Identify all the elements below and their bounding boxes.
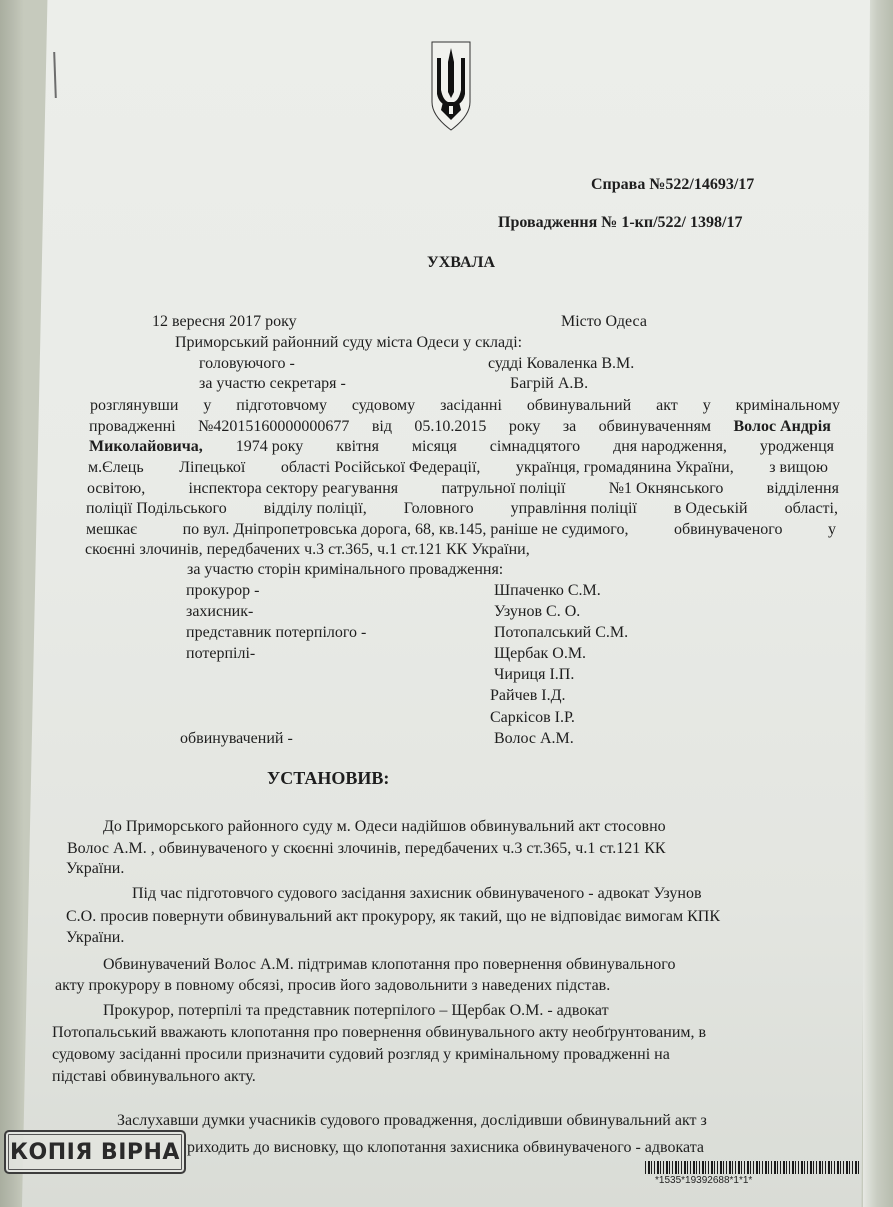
- presiding-label: головуючого -: [199, 355, 295, 373]
- body-line: Під час підготовчого судового засідання …: [132, 885, 702, 903]
- word: сімнадцятого: [490, 438, 580, 456]
- word: підготовчому: [236, 397, 327, 415]
- word: розглянувши: [90, 397, 178, 415]
- party-role: прокурор -: [186, 582, 259, 600]
- word: обвинуваченого: [674, 521, 783, 539]
- word: поліції Подільського: [86, 500, 227, 518]
- body-line: Заслухавши думки учасників судового пров…: [117, 1112, 707, 1130]
- party-name: Волос А.М.: [494, 730, 574, 748]
- word: області Російської Федерації,: [281, 459, 481, 477]
- document-title: УХВАЛА: [427, 254, 495, 272]
- word: в Одеській: [674, 500, 748, 518]
- word: уродженця: [760, 438, 834, 456]
- registry-date: 05.10.2015: [414, 418, 486, 436]
- party-name: Шпаченко С.М.: [494, 582, 601, 600]
- address: по вул. Дніпропетровська дорога, 68, кв.…: [183, 521, 629, 539]
- word: мешкає: [86, 521, 137, 539]
- word: українця, громадянина України,: [516, 459, 734, 477]
- defendant-patronymic: Миколайовича,: [89, 438, 203, 456]
- section-heading: УСТАНОВИВ:: [267, 768, 389, 789]
- intro-line: скоєнні злочинів, передбачених ч.3 ст.36…: [85, 541, 530, 559]
- decision-place: Місто Одеса: [561, 313, 647, 331]
- word: у: [703, 397, 711, 415]
- barcode-icon: [645, 1161, 859, 1174]
- intro-line: провадженні №42015160000000677 від 05.10…: [89, 418, 831, 436]
- word: провадженні: [89, 418, 176, 436]
- body-line: Обвинувачений Волос А.М. підтримав клопо…: [103, 956, 675, 974]
- party-name: Щербак О.М.: [494, 645, 586, 663]
- word: судовому: [352, 397, 415, 415]
- word: з вищою: [769, 459, 828, 477]
- defendant-name: Волос Андрія: [734, 418, 831, 436]
- word: кримінальному: [736, 397, 840, 415]
- case-registry-number: №42015160000000677: [198, 418, 349, 436]
- secretary-label: за участю секретаря -: [199, 375, 346, 393]
- body-line: Прокурор, потерпілі та представник потер…: [103, 1002, 609, 1020]
- party-name: Узунов С. О.: [494, 603, 580, 621]
- body-line: України.: [66, 929, 124, 947]
- court-composition-intro: Приморський районний суду міста Одеси у …: [175, 334, 522, 352]
- secretary-name: Багрій А.В.: [510, 375, 588, 393]
- intro-line: мешкає по вул. Дніпропетровська дорога, …: [86, 521, 836, 539]
- body-line: судовому засіданні просили призначити су…: [52, 1046, 670, 1064]
- barcode-number: *1535*19392688*1*1*: [655, 1175, 752, 1186]
- party-name: Потопалський С.М.: [494, 624, 628, 642]
- word: за: [563, 418, 576, 436]
- word: області,: [785, 500, 838, 518]
- word: засіданні: [440, 397, 502, 415]
- party-role: обвинувачений -: [180, 730, 293, 748]
- intro-line: поліції Подільського відділу поліції, Го…: [86, 500, 838, 518]
- word: місяця: [412, 438, 457, 456]
- word: у: [828, 521, 836, 539]
- word: квітня: [336, 438, 379, 456]
- intro-line: розглянувши у підготовчому судовому засі…: [90, 397, 840, 415]
- body-line: підставі обвинувального акту.: [52, 1068, 256, 1086]
- body-line: риходить до висновку, що клопотання захи…: [187, 1139, 704, 1157]
- proceeding-number: Провадження № 1-кп/522/ 1398/17: [498, 214, 742, 232]
- word: патрульної поліції: [441, 480, 565, 498]
- word: управління поліції: [511, 500, 637, 518]
- intro-line: Миколайовича, 1974 року квітня місяця сі…: [89, 438, 834, 456]
- word: дня народження,: [613, 438, 727, 456]
- body-line: До Приморського районного суду м. Одеси …: [103, 818, 666, 836]
- ukraine-trident-icon: [431, 40, 471, 132]
- word: відділення: [767, 480, 839, 498]
- party-name: Чириця І.П.: [494, 666, 574, 684]
- word: Ліпецької: [179, 459, 245, 477]
- presiding-name: судді Коваленка В.М.: [488, 355, 634, 373]
- body-line: Волос А.М. , обвинуваченого у скоєнні зл…: [67, 840, 666, 858]
- intro-line: м.Єлець Ліпецької області Російської Фед…: [88, 459, 828, 477]
- party-role: захисник-: [186, 603, 253, 621]
- party-name: Саркісов І.Р.: [490, 709, 575, 727]
- intro-line: освітою, інспектора сектору реагування п…: [87, 480, 839, 498]
- word: Головного: [404, 500, 474, 518]
- certified-copy-stamp: КОПІЯ ВІРНА: [4, 1130, 186, 1174]
- word: року: [509, 418, 541, 436]
- word: обвинувальний: [527, 397, 631, 415]
- body-line: Потопальський вважають клопотання про по…: [52, 1024, 706, 1042]
- stamp-text: КОПІЯ ВІРНА: [10, 1140, 180, 1165]
- word: м.Єлець: [88, 459, 144, 477]
- word: 1974 року: [236, 438, 304, 456]
- case-number: Справа №522/14693/17: [591, 176, 754, 194]
- word: від: [372, 418, 392, 436]
- word: обвинуваченням: [599, 418, 711, 436]
- word: інспектора сектору реагування: [189, 480, 399, 498]
- word: у: [203, 397, 211, 415]
- word: №1 Окнянського: [609, 480, 724, 498]
- word: відділу поліції,: [264, 500, 367, 518]
- party-role: представник потерпілого -: [186, 624, 366, 642]
- word: акт: [656, 397, 678, 415]
- word: освітою,: [87, 480, 145, 498]
- body-line: України.: [66, 860, 124, 878]
- body-line: акту прокурору в повному обсязі, просив …: [55, 977, 610, 995]
- body-line: С.О. просив повернути обвинувальний акт …: [66, 908, 720, 926]
- party-name: Райчев І.Д.: [490, 687, 566, 705]
- charges: скоєнні злочинів, передбачених ч.3 ст.36…: [85, 541, 530, 559]
- parties-intro: за участю сторін кримінального проваджен…: [187, 561, 503, 579]
- decision-date: 12 вересня 2017 року: [152, 313, 297, 331]
- party-role: потерпілі-: [186, 645, 255, 663]
